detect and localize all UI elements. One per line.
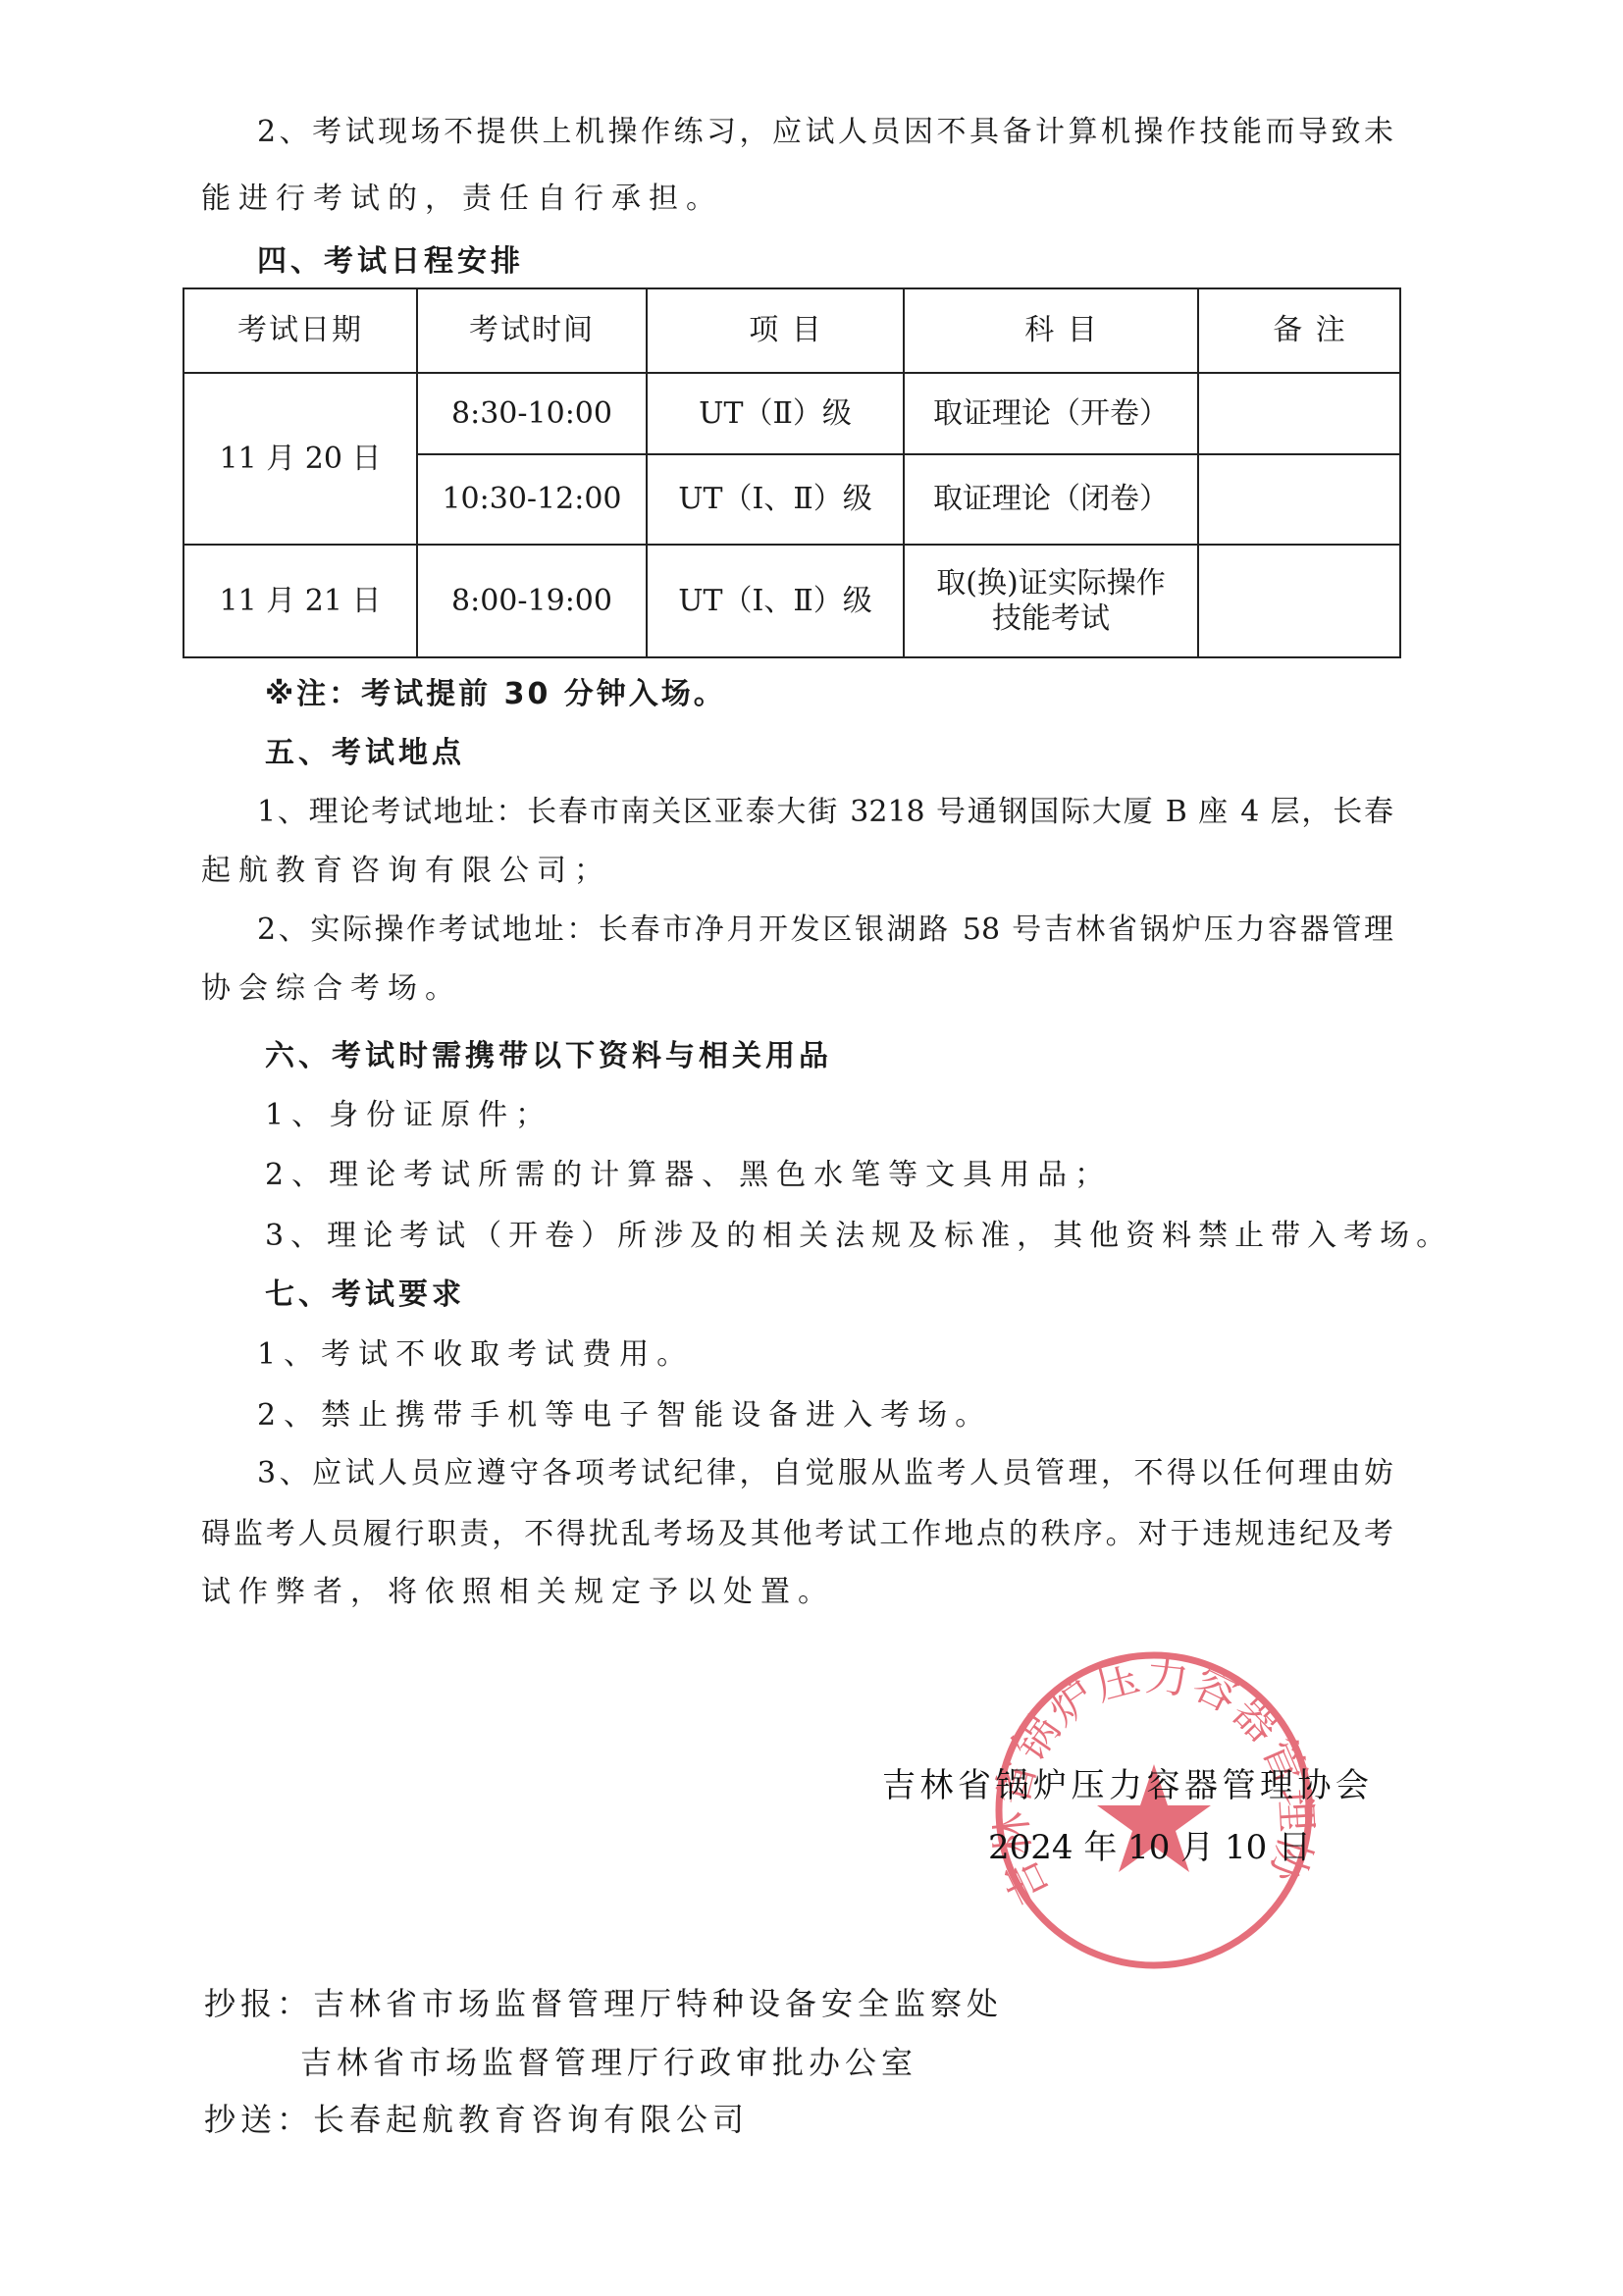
cell-date: 11 月 20 日 (183, 373, 417, 545)
section6-heading: 六、考试时需携带以下资料与相关用品 (265, 1037, 832, 1076)
section3-item2-line1: 2、考试现场不提供上机操作练习，应试人员因不具备计算机操作技能而导致未 (201, 113, 1393, 152)
cell-time: 8:00-19:00 (417, 545, 647, 657)
exam-schedule-table: 考试日期 考试时间 项 目 科 目 备 注 11 月 20 日 8:30-10:… (183, 287, 1401, 658)
section5-item1-line1: 1、理论考试地址：长春市南关区亚泰大街 3218 号通钢国际大厦 B 座 4 层… (201, 793, 1393, 832)
cell-subject-line2: 技能考试 (905, 601, 1197, 637)
section4-heading: 四、考试日程安排 (257, 242, 524, 282)
header-remark: 备 注 (1198, 288, 1400, 373)
cell-subject: 取证理论（开卷） (904, 373, 1198, 454)
section6-item-1: 1、身份证原件； (265, 1096, 552, 1135)
header-subject: 科 目 (904, 288, 1198, 373)
cell-remark (1198, 545, 1400, 657)
header-project: 项 目 (647, 288, 904, 373)
cc-report-label: 抄报： (204, 1985, 313, 2022)
cell-project: UT（Ⅰ、Ⅱ）级 (647, 545, 904, 657)
section7-item-1: 1、考试不收取考试费用。 (257, 1335, 694, 1375)
cell-date: 11 月 21 日 (183, 545, 417, 657)
table-row: 11 月 21 日 8:00-19:00 UT（Ⅰ、Ⅱ）级 取(换)证实际操作 … (183, 545, 1400, 657)
section5-item2-line1: 2、实际操作考试地址：长春市净月开发区银湖路 58 号吉林省锅炉压力容器管理 (201, 911, 1393, 950)
cell-subject-line1: 取(换)证实际操作 (905, 566, 1197, 601)
cc-report-recipient-2: 吉林省市场监督管理厅行政审批办公室 (300, 2043, 917, 2082)
section7-heading: 七、考试要求 (265, 1276, 465, 1315)
cell-remark (1198, 373, 1400, 454)
cc-send-recipient: 长春起航教育咨询有限公司 (313, 2101, 749, 2138)
section6-item-2: 2、理论考试所需的计算器、黑色水笔等文具用品； (265, 1156, 1112, 1195)
section5-item2-line2: 协会综合考场。 (201, 969, 462, 1009)
section5-heading: 五、考试地点 (265, 734, 465, 773)
official-seal-icon: 吉林省锅炉压力容器管理协会 (992, 1648, 1316, 1972)
section3-item2-line2: 能进行考试的，责任自行承担。 (201, 180, 723, 219)
table-row: 11 月 20 日 8:30-10:00 UT（Ⅱ）级 取证理论（开卷） (183, 373, 1400, 454)
section7-item3-line2: 碍监考人员履行职责，不得扰乱考场及其他考试工作地点的秩序。对于违规违纪及考 (201, 1515, 1393, 1554)
section6-item-3: 3、理论考试（开卷）所涉及的相关法规及标准，其他资料禁止带入考场。 (265, 1217, 1452, 1256)
signature-date: 2024 年 10 月 10 日 (988, 1826, 1311, 1869)
cell-project: UT（Ⅱ）级 (647, 373, 904, 454)
section5-item1-line2: 起航教育咨询有限公司； (201, 852, 611, 891)
cell-subject: 取证理论（闭卷） (904, 454, 1198, 545)
signature-organization: 吉林省锅炉压力容器管理协会 (882, 1764, 1374, 1807)
section7-item3-line1: 3、应试人员应遵守各项考试纪律，自觉服从监考人员管理，不得以任何理由妨 (201, 1454, 1393, 1493)
cell-subject: 取(换)证实际操作 技能考试 (904, 545, 1198, 657)
header-exam-date: 考试日期 (183, 288, 417, 373)
section7-item3-line3: 试作弊者，将依照相关规定予以处置。 (201, 1573, 835, 1612)
cell-time: 8:30-10:00 (417, 373, 647, 454)
cc-send-label: 抄送： (204, 2101, 313, 2138)
cell-project: UT（Ⅰ、Ⅱ）级 (647, 454, 904, 545)
cell-remark (1198, 454, 1400, 545)
section7-item-2: 2、禁止携带手机等电子智能设备进入考场。 (257, 1396, 992, 1435)
table-header-row: 考试日期 考试时间 项 目 科 目 备 注 (183, 288, 1400, 373)
cell-time: 10:30-12:00 (417, 454, 647, 545)
cc-report-row: 抄报：吉林省市场监督管理厅特种设备安全监察处 (204, 1984, 1003, 2023)
cc-send-row: 抄送：长春起航教育咨询有限公司 (204, 2100, 749, 2139)
header-exam-time: 考试时间 (417, 288, 647, 373)
cc-report-recipient-1: 吉林省市场监督管理厅特种设备安全监察处 (313, 1985, 1003, 2022)
schedule-note: ※注：考试提前 30 分钟入场。 (265, 675, 726, 714)
